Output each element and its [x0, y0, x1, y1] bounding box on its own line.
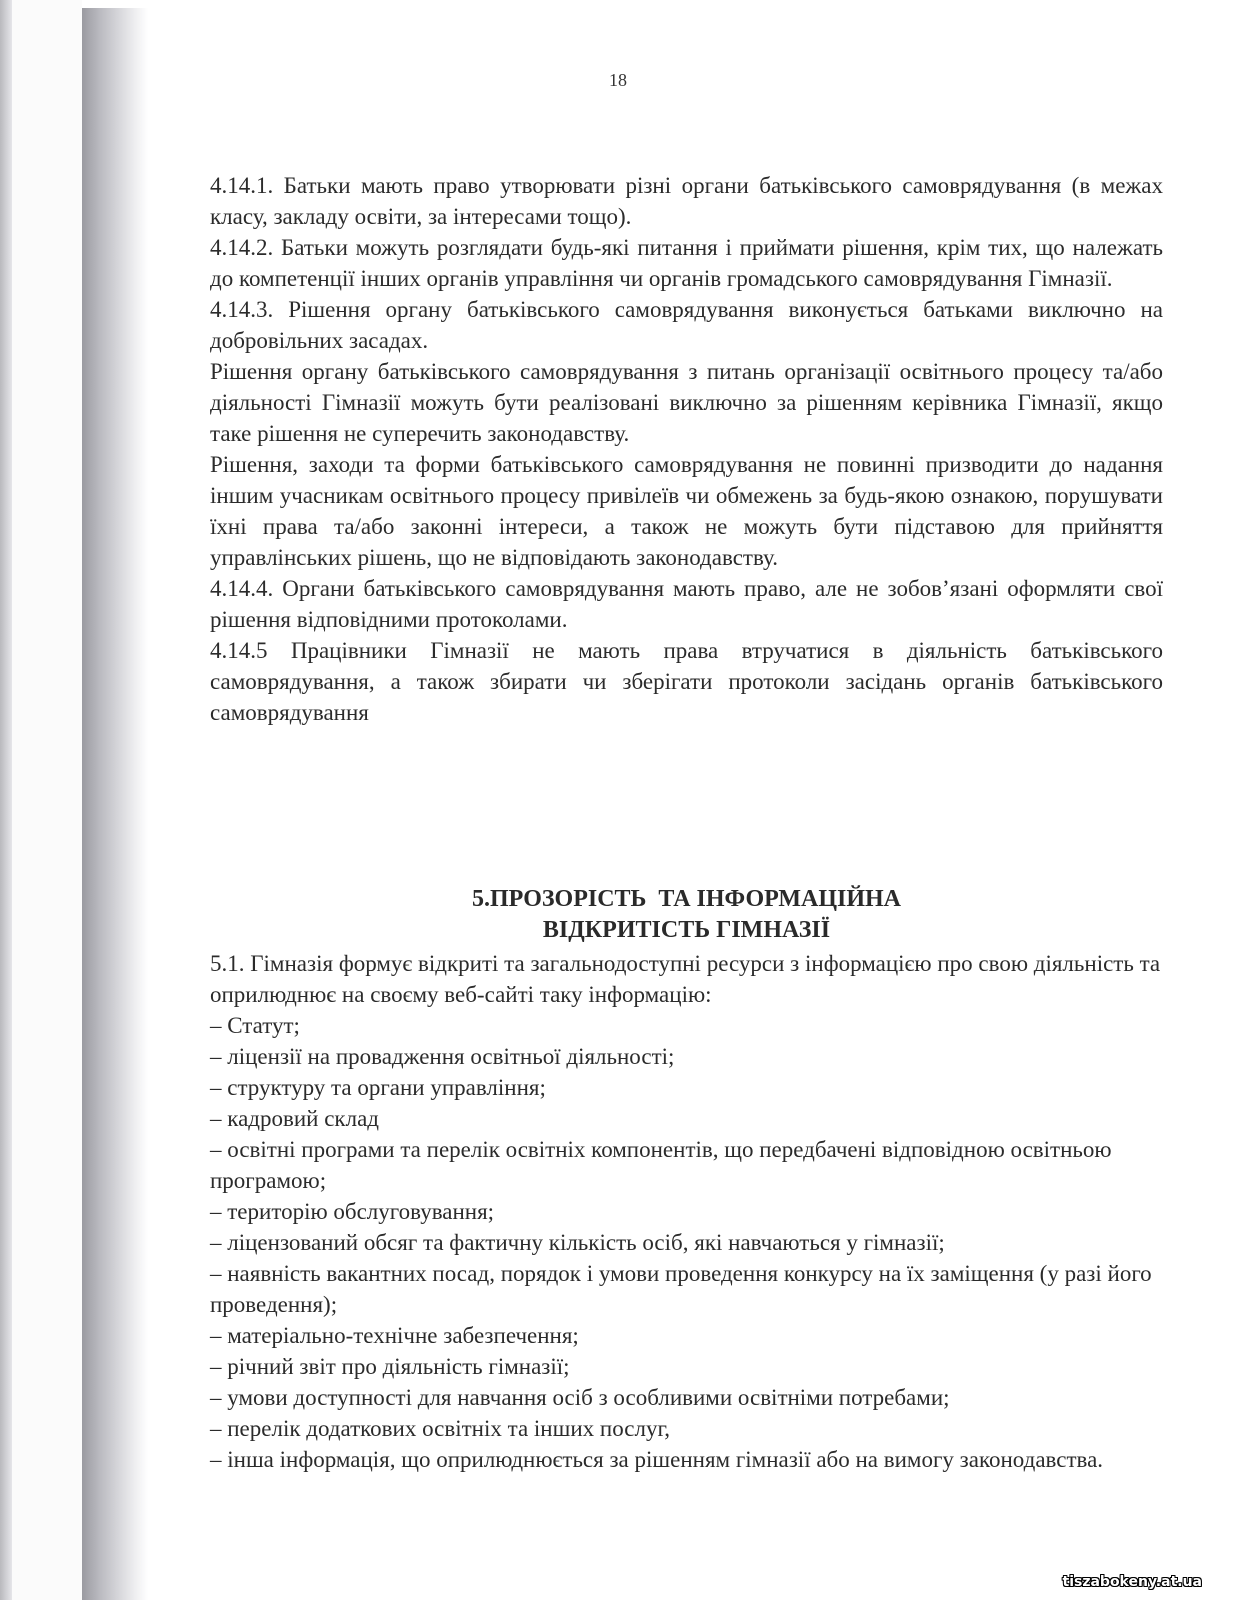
paragraph-decision-implementation: Рішення органу батьківського самоврядува… [210, 356, 1163, 449]
section-5-1: 5.1. Гімназія формує відкриті та загальн… [210, 948, 1163, 1475]
list-item: – територію обслуговування; [210, 1196, 1163, 1227]
list-item: – структуру та органи управління; [210, 1072, 1163, 1103]
scan-edge [0, 0, 12, 1600]
list-item: – освітні програми та перелік освітніх к… [210, 1134, 1163, 1196]
page-number: 18 [0, 70, 1236, 91]
list-item: – ліцензії на провадження освітньої діял… [210, 1041, 1163, 1072]
heading-line-1: 5.ПРОЗОРІСТЬ ТА ІНФОРМАЦІЙНА [210, 884, 1163, 915]
paragraph-4-14-5: 4.14.5 Працівники Гімназії не мають прав… [210, 635, 1163, 728]
section-5-heading: 5.ПРОЗОРІСТЬ ТА ІНФОРМАЦІЙНА ВІДКРИТІСТЬ… [210, 884, 1163, 946]
list-item: – наявність вакантних посад, порядок і у… [210, 1258, 1163, 1320]
list-item: – кадровий склад [210, 1103, 1163, 1134]
heading-line-2: ВІДКРИТІСТЬ ГІМНАЗІЇ [210, 915, 1163, 946]
list-item: – річний звіт про діяльність гімназії; [210, 1351, 1163, 1382]
paragraph-decision-restrictions: Рішення, заходи та форми батьківського с… [210, 449, 1163, 573]
list-item: – Статут; [210, 1010, 1163, 1041]
list-item: – умови доступності для навчання осіб з … [210, 1382, 1163, 1413]
list-item: – матеріально-технічне забезпечення; [210, 1320, 1163, 1351]
binding-shadow [82, 8, 148, 1600]
list-item: – інша інформація, що оприлюднюється за … [210, 1444, 1163, 1475]
paragraph-4-14-4: 4.14.4. Органи батьківського самоврядува… [210, 573, 1163, 635]
scan-margin [12, 0, 82, 1600]
section-4-14: 4.14.1. Батьки мають право утворювати рі… [210, 170, 1163, 728]
site-watermark: tiszabokeny.at.ua [1063, 1574, 1203, 1590]
paragraph-4-14-1: 4.14.1. Батьки мають право утворювати рі… [210, 170, 1163, 232]
list-item: – перелік додаткових освітніх та інших п… [210, 1413, 1163, 1444]
section-5-1-intro: 5.1. Гімназія формує відкриті та загальн… [210, 948, 1163, 1010]
paragraph-4-14-2: 4.14.2. Батьки можуть розглядати будь-як… [210, 232, 1163, 294]
list-item: – ліцензований обсяг та фактичну кількіс… [210, 1227, 1163, 1258]
paragraph-4-14-3: 4.14.3. Рішення органу батьківського сам… [210, 294, 1163, 356]
